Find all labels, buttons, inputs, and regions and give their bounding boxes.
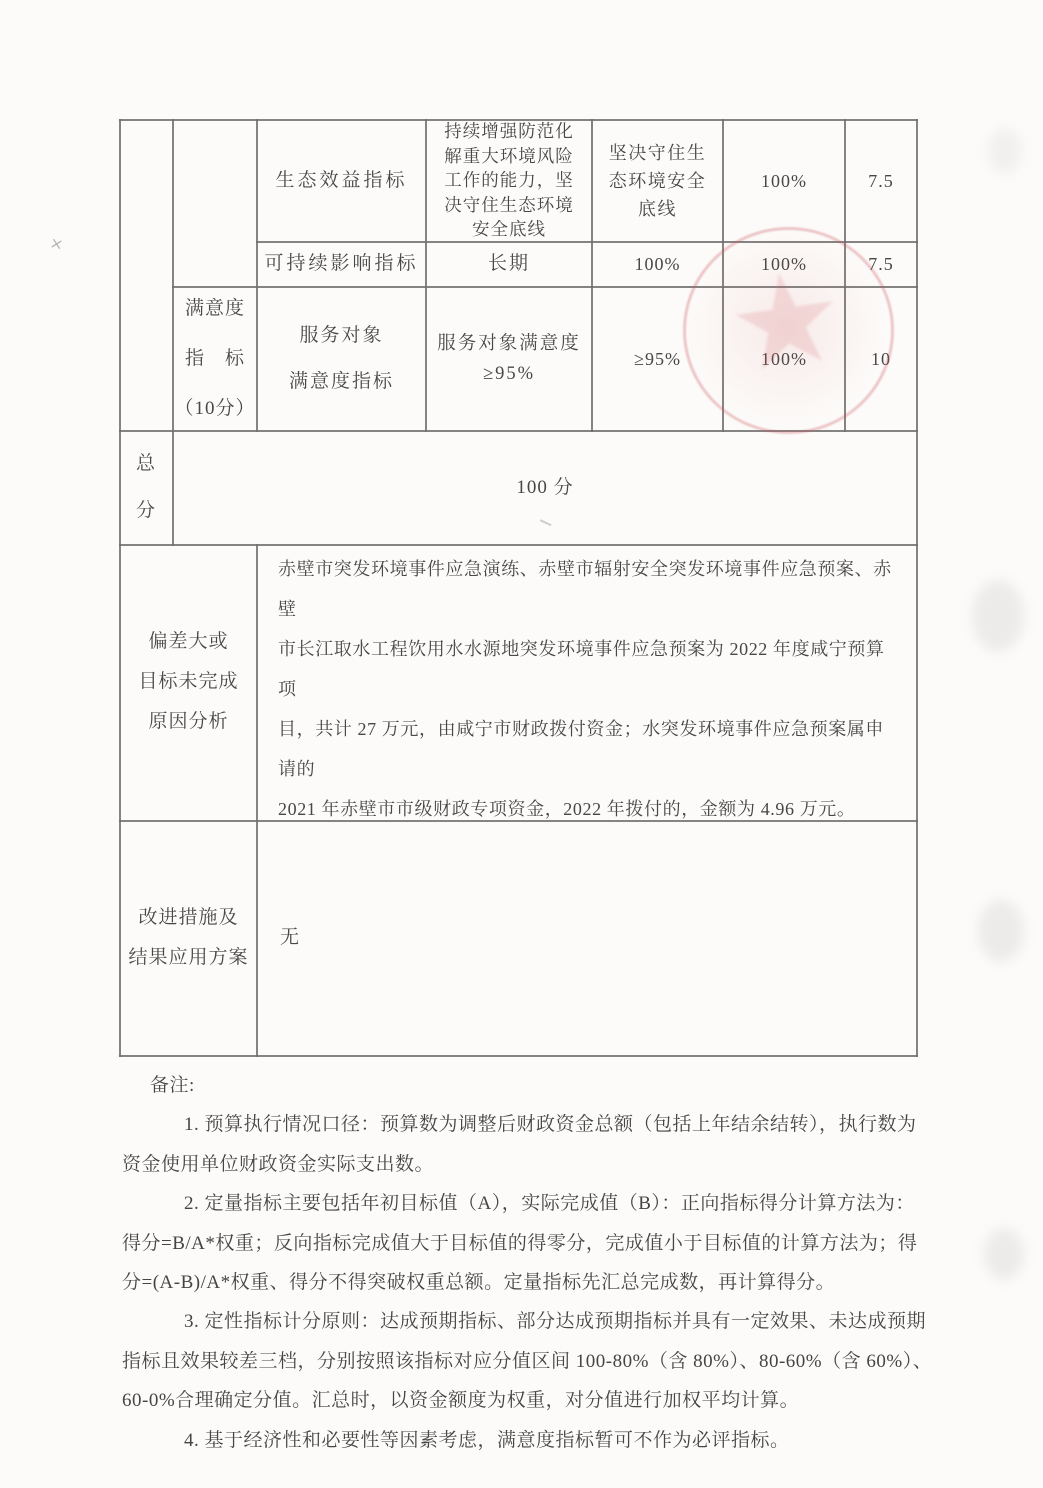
improvement-label-cell: 改进措施及 结果应用方案 <box>121 822 256 1053</box>
scanned-document-page: 生态效益指标 持续增强防范化解重大环境风险工作的能力，坚决守住生态环境安全底线 … <box>0 0 1043 1488</box>
indicator-completion-cell: 100% <box>724 121 844 240</box>
indicator-criteria-cell: 长期 <box>427 243 591 285</box>
total-score-label-cell: 总 分 <box>121 432 172 543</box>
indicator-name-cell: 可持续影响指标 <box>258 243 425 285</box>
notes-section: 备注: 1. 预算执行情况口径：预算数为调整后财政资金总额（包括上年结余结转），… <box>122 1066 928 1460</box>
improvement-content-cell: 无 <box>258 822 916 1053</box>
note-line: 分=(A-B)/A*权重、得分不得突破权重总额。定量指标先汇总完成数，再计算得分… <box>122 1263 928 1302</box>
note-line: 资金使用单位财政资金实际支出数。 <box>122 1145 928 1184</box>
deviation-label-line: 偏差大或 <box>148 622 228 662</box>
total-score-label-char: 分 <box>136 497 157 525</box>
indicator-criteria-cell: 服务对象满意度 ≥95% <box>427 288 591 429</box>
note-line: 3. 定性指标计分原则：达成预期指标、部分达成预期指标并具有一定效果、未达成预期 <box>122 1302 928 1341</box>
indicator-criteria-line: 服务对象满意度 <box>437 329 581 359</box>
star-icon: ★ <box>707 243 865 401</box>
deviation-label-line: 原因分析 <box>148 702 228 742</box>
deviation-content-line: 目，共计 27 万元，由咸宁市财政拨付资金；水突发环境事件应急预案属申请的 <box>278 709 898 789</box>
note-line: 60-0%合理确定分值。汇总时，以资金额度为权重，对分值进行加权平均计算。 <box>122 1381 928 1420</box>
indicator-name-cell: 服务对象 满意度指标 <box>258 288 425 429</box>
satisfaction-category-line: 满意度 <box>185 284 245 334</box>
note-line: 4. 基于经济性和必要性等因素考虑，满意度指标暂可不作为必评指标。 <box>122 1421 928 1460</box>
indicator-criteria-line: ≥95% <box>483 359 535 389</box>
deviation-content-line: 市长江取水工程饮用水水源地突发环境事件应急预案为 2022 年度咸宁预算项 <box>278 629 898 709</box>
grid-line-v <box>916 119 918 1057</box>
scan-smudge <box>984 1228 1024 1280</box>
scan-smudge <box>988 128 1022 174</box>
satisfaction-category-line: （10分） <box>174 384 255 434</box>
improvement-label-line: 结果应用方案 <box>128 938 248 978</box>
indicator-name-cell: 生态效益指标 <box>258 121 425 240</box>
note-line: 1. 预算执行情况口径：预算数为调整后财政资金总额（包括上年结余结转），执行数为 <box>122 1105 928 1144</box>
indicator-name-line: 服务对象 <box>299 322 383 350</box>
notes-heading: 备注: <box>122 1066 928 1105</box>
deviation-label-cell: 偏差大或 目标未完成 原因分析 <box>121 546 256 818</box>
deviation-label-line: 目标未完成 <box>138 662 238 702</box>
indicator-target-cell: 坚决守住生态环境安全底线 <box>593 121 722 240</box>
indicator-score-cell: 7.5 <box>846 121 916 240</box>
deviation-content-cell: 赤壁市突发环境事件应急演练、赤壁市辐射安全突发环境事件应急预案、赤壁 市长江取水… <box>258 546 916 818</box>
satisfaction-category-cell: 满意度 指 标 （10分） <box>174 288 256 429</box>
total-score-value-cell: 100 分 <box>174 432 916 543</box>
grid-line-h <box>119 1055 918 1057</box>
pen-mark: × <box>48 233 65 254</box>
satisfaction-category-line: 指 标 <box>185 334 245 384</box>
deviation-content-line: 赤壁市突发环境事件应急演练、赤壁市辐射安全突发环境事件应急预案、赤壁 <box>278 549 898 629</box>
indicator-name-line: 满意度指标 <box>289 368 394 396</box>
total-score-label-char: 总 <box>136 450 157 478</box>
scan-smudge <box>978 900 1024 962</box>
note-line: 2. 定量指标主要包括年初目标值（A），实际完成值（B）：正向指标得分计算方法为… <box>122 1184 928 1223</box>
note-line: 得分=B/A*权重；反向指标完成值大于目标值的得零分，完成值小于目标值的计算方法… <box>122 1224 928 1263</box>
improvement-label-line: 改进措施及 <box>138 898 238 938</box>
indicator-criteria-cell: 持续增强防范化解重大环境风险工作的能力，坚决守住生态环境安全底线 <box>427 121 591 240</box>
note-line: 指标且效果较差三档，分别按照该指标对应分值区间 100-80%（含 80%）、8… <box>122 1342 928 1381</box>
scan-smudge <box>972 580 1024 652</box>
